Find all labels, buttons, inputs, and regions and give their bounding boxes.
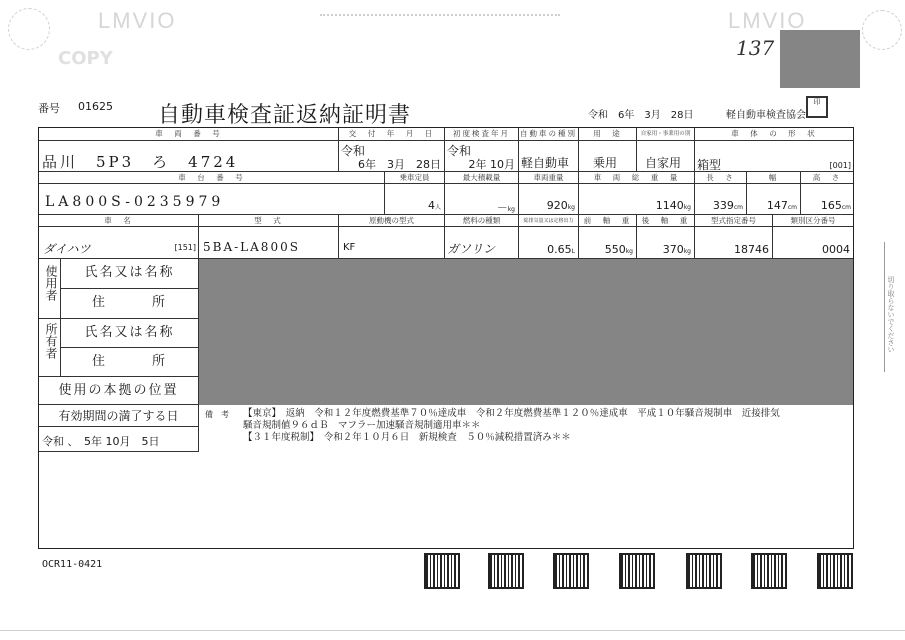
capacity-value: 4人	[428, 199, 441, 212]
gross-weight-header: 車 両 総 重 量	[579, 172, 695, 184]
vin-cell: LA800S-0235979	[39, 184, 385, 215]
qr-code-6	[751, 553, 787, 589]
issue-date: 令和 6年 3月 28日	[588, 106, 693, 121]
front-axle-cell: 550kg	[579, 227, 637, 259]
form-code: OCR11-0421	[42, 559, 102, 570]
front-axle-value: 550kg	[605, 243, 633, 256]
displacement-header: 総排気量又は定格出力	[519, 215, 579, 227]
height-value: 165cm	[821, 199, 851, 212]
weight-unit: kg	[568, 204, 575, 211]
certificate-table: 車 両 番 号 交 付 年 月 日 初度検査年月 自動車の種別 用 途 自家用・…	[38, 127, 854, 549]
watermark-brand-left: LMVIO	[98, 8, 176, 34]
expiry-cell: 令和 、 5年 10月 5日	[39, 427, 199, 452]
side-rule	[884, 242, 885, 372]
max-load-unit: kg	[508, 206, 515, 213]
user-label: 使用者	[43, 265, 60, 301]
capacity-header: 乗車定員	[385, 172, 445, 184]
vin-header: 車 台 番 号	[39, 172, 385, 184]
qr-code-4	[619, 553, 655, 589]
engine-header: 原動機の型式	[339, 215, 445, 227]
maker-code: [151]	[174, 243, 196, 252]
issue-date-cell: 令和 6年 3月 28日	[339, 141, 445, 172]
gross-weight-number: 1140	[656, 199, 684, 212]
body-shape: 箱型	[697, 156, 721, 173]
front-axle-header: 前 軸 重	[579, 215, 637, 227]
class-number-value: 0004	[822, 243, 850, 256]
qr-code-2	[488, 553, 524, 589]
width-number: 147	[767, 199, 788, 212]
displacement-number: 0.65	[547, 243, 572, 256]
length-unit: cm	[734, 204, 743, 211]
class-number-header: 類別区分番号	[773, 215, 853, 227]
body-shape-cell: 箱型 [001]	[695, 141, 853, 172]
doc-number: 01625	[78, 100, 113, 113]
ornament-top-left	[8, 8, 50, 50]
use-header: 用 途	[579, 128, 637, 141]
remarks-line-3: 【３１年度税制】 令和２年１０月６日 新規検査 ５０％減税措置済み＊＊	[243, 432, 571, 444]
rear-axle-cell: 370kg	[637, 227, 695, 259]
displacement-unit: L	[572, 248, 575, 255]
rear-axle-value: 370kg	[663, 243, 691, 256]
weight-number: 920	[547, 199, 568, 212]
vehicle-type-cell: 軽自動車	[519, 141, 579, 172]
displacement-cell: 0.65L	[519, 227, 579, 259]
model-number-value: 18746	[734, 243, 769, 256]
redacted-personal-info	[199, 259, 853, 405]
maker-header: 車 名	[39, 215, 199, 227]
expiry-value: 令和 、 5年 10月 5日	[42, 433, 160, 449]
max-load-cell: －kg	[445, 184, 519, 215]
width-header: 幅	[747, 172, 801, 184]
max-load-number: －	[497, 201, 508, 214]
owner-name-label: 氏名又は名称	[61, 319, 199, 348]
first-reg-era: 令和	[447, 142, 471, 159]
user-address-label: 住 所	[61, 289, 199, 319]
plate-header: 車 両 番 号	[39, 128, 339, 141]
model-number-header: 型式指定番号	[695, 215, 773, 227]
body-code: [001]	[829, 161, 851, 170]
watermark-copy: COPY	[58, 48, 113, 69]
model-value: 5BA-LA800S	[203, 240, 300, 254]
model-number-cell: 18746	[695, 227, 773, 259]
rear-axle-number: 370	[663, 243, 684, 256]
fuel-value: ガソリン	[447, 240, 495, 257]
max-load-header: 最大積載量	[445, 172, 519, 184]
issue-date-header: 交 付 年 月 日	[339, 128, 445, 141]
private-header: 自家用・事業用の別	[637, 128, 695, 141]
class-number-cell: 0004	[773, 227, 853, 259]
model-header: 型 式	[199, 215, 339, 227]
first-reg-cell: 令和 2年 10月	[445, 141, 519, 172]
owner-group-label: 所有者	[39, 319, 61, 377]
remarks-label: 備 考	[205, 409, 229, 421]
ornament-top-right	[862, 10, 902, 50]
qr-code-1	[424, 553, 460, 589]
side-note: 切り取らないでください	[886, 276, 896, 353]
remarks-line-2: 騒音規制値９６ｄＢ マフラー加速騒音規制適用車＊＊	[243, 420, 481, 432]
redacted-block-top	[780, 30, 860, 88]
owner-label: 所有者	[43, 323, 60, 359]
plate-cell: 品川 5P3 ろ 4724	[39, 141, 339, 172]
front-axle-unit: kg	[626, 248, 633, 255]
front-axle-number: 550	[605, 243, 626, 256]
gross-weight-value: 1140kg	[656, 199, 691, 212]
qr-code-3	[553, 553, 589, 589]
length-value: 339cm	[713, 199, 743, 212]
issue-date-value: 6年 3月 28日	[358, 156, 441, 172]
width-unit: cm	[788, 204, 797, 211]
maker-cell: ダイハツ [151]	[39, 227, 199, 259]
plate-number: 品川 5P3 ろ 4724	[42, 151, 238, 172]
private-value: 自家用	[645, 154, 681, 171]
engine-value: KF	[343, 242, 355, 253]
official-seal: 印	[806, 96, 828, 118]
fuel-cell: ガソリン	[445, 227, 519, 259]
gross-weight-cell: 1140kg	[579, 184, 695, 215]
gross-weight-unit: kg	[684, 204, 691, 211]
capacity-unit: 人	[435, 204, 441, 211]
height-cell: 165cm	[801, 184, 853, 215]
width-cell: 147cm	[747, 184, 801, 215]
weight-cell: 920kg	[519, 184, 579, 215]
vin-value: LA800S-0235979	[45, 194, 224, 210]
base-location-label: 使用の本拠の位置	[39, 377, 199, 405]
qr-code-7	[817, 553, 853, 589]
engine-cell: KF	[339, 227, 445, 259]
user-name-label: 氏名又は名称	[61, 259, 199, 289]
height-number: 165	[821, 199, 842, 212]
qr-code-5	[686, 553, 722, 589]
capacity-number: 4	[428, 199, 435, 212]
remarks-area: 備 考 【東京】 返納 令和１２年度燃費基準７０％達成車 令和２年度燃費基準１２…	[199, 405, 853, 548]
capacity-cell: 4人	[385, 184, 445, 215]
first-reg-header: 初度検査年月	[445, 128, 519, 141]
weight-value: 920kg	[547, 199, 575, 212]
document-title: 自動車検査証返納証明書	[158, 98, 411, 129]
model-cell: 5BA-LA800S	[199, 227, 339, 259]
height-header: 高 さ	[801, 172, 853, 184]
doc-number-label: 番号	[38, 100, 60, 116]
maker-value: ダイハツ	[43, 240, 91, 257]
user-group-label: 使用者	[39, 259, 61, 319]
width-value: 147cm	[767, 199, 797, 212]
vehicle-type: 軽自動車	[521, 154, 569, 171]
max-load-value: －kg	[497, 199, 515, 215]
weight-header: 車両重量	[519, 172, 579, 184]
body-shape-header: 車 体 の 形 状	[695, 128, 853, 141]
height-unit: cm	[842, 204, 851, 211]
length-header: 長 さ	[695, 172, 747, 184]
expiry-label: 有効期間の満了する日	[39, 405, 199, 427]
rear-axle-unit: kg	[684, 248, 691, 255]
fuel-header: 燃料の種類	[445, 215, 519, 227]
handwritten-note: 137	[736, 36, 774, 60]
rear-axle-header: 後 軸 重	[637, 215, 695, 227]
remarks-line-1: 【東京】 返納 令和１２年度燃費基準７０％達成車 令和２年度燃費基準１２０％達成…	[243, 408, 780, 420]
vehicle-type-header: 自動車の種別	[519, 128, 579, 141]
length-number: 339	[713, 199, 734, 212]
first-reg-value: 2年 10月	[469, 156, 516, 172]
private-cell: 自家用	[637, 141, 695, 172]
use-value: 乗用	[593, 154, 617, 171]
owner-address-label: 住 所	[61, 348, 199, 377]
displacement-value: 0.65L	[547, 243, 575, 256]
use-cell: 乗用	[579, 141, 637, 172]
ornament-border-top	[320, 14, 560, 16]
length-cell: 339cm	[695, 184, 747, 215]
bottom-edge-line	[0, 630, 905, 631]
issuer-name: 軽自動車検査協会	[726, 106, 806, 121]
